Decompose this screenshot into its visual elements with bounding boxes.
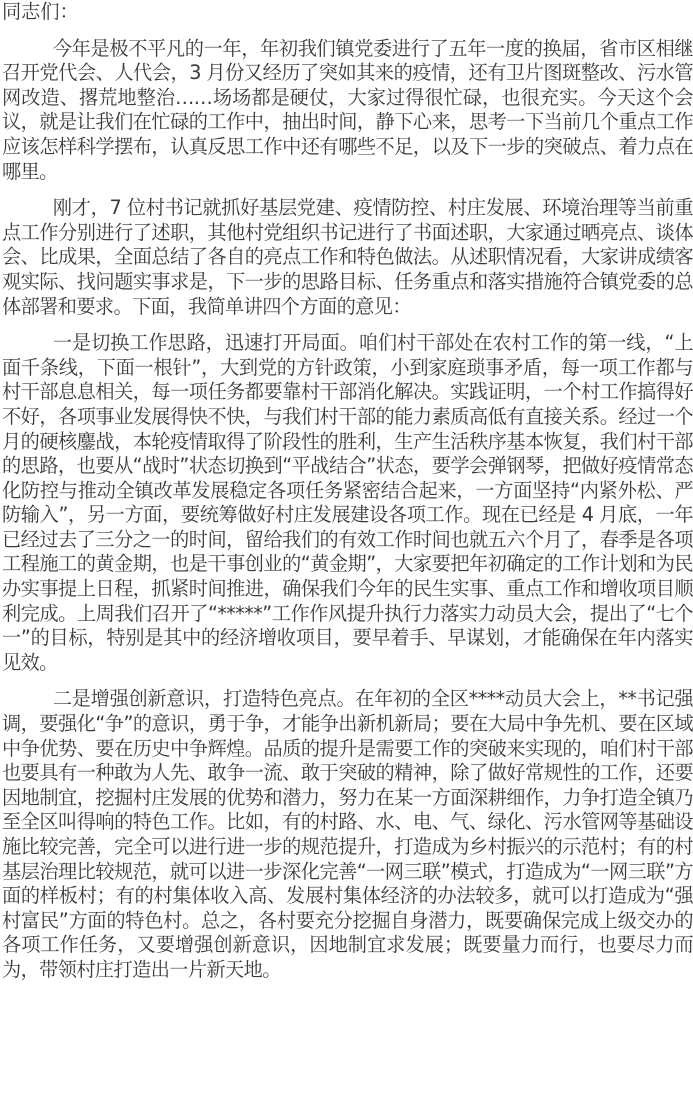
salutation: 同志们： [2,0,693,25]
speech-document: 同志们： 今年是极不平凡的一年，年初我们镇党委进行了五年一度的换届，省市区相继召… [0,0,693,983]
paragraph-review: 刚才，7 位村书记就抓好基层党建、疫情防控、村庄发展、环境治理等当前重点工作分别… [2,196,693,319]
paragraph-point-one: 一是切换工作思路，迅速打开局面。咱们村干部处在农村工作的第一线，“上面千条线，下… [2,331,693,675]
paragraph-point-two: 二是增强创新意识，打造特色亮点。在年初的全区****动员大会上，**书记强调，要… [2,687,693,982]
paragraph-intro: 今年是极不平凡的一年，年初我们镇党委进行了五年一度的换届，省市区相继召开党代会、… [2,37,693,185]
